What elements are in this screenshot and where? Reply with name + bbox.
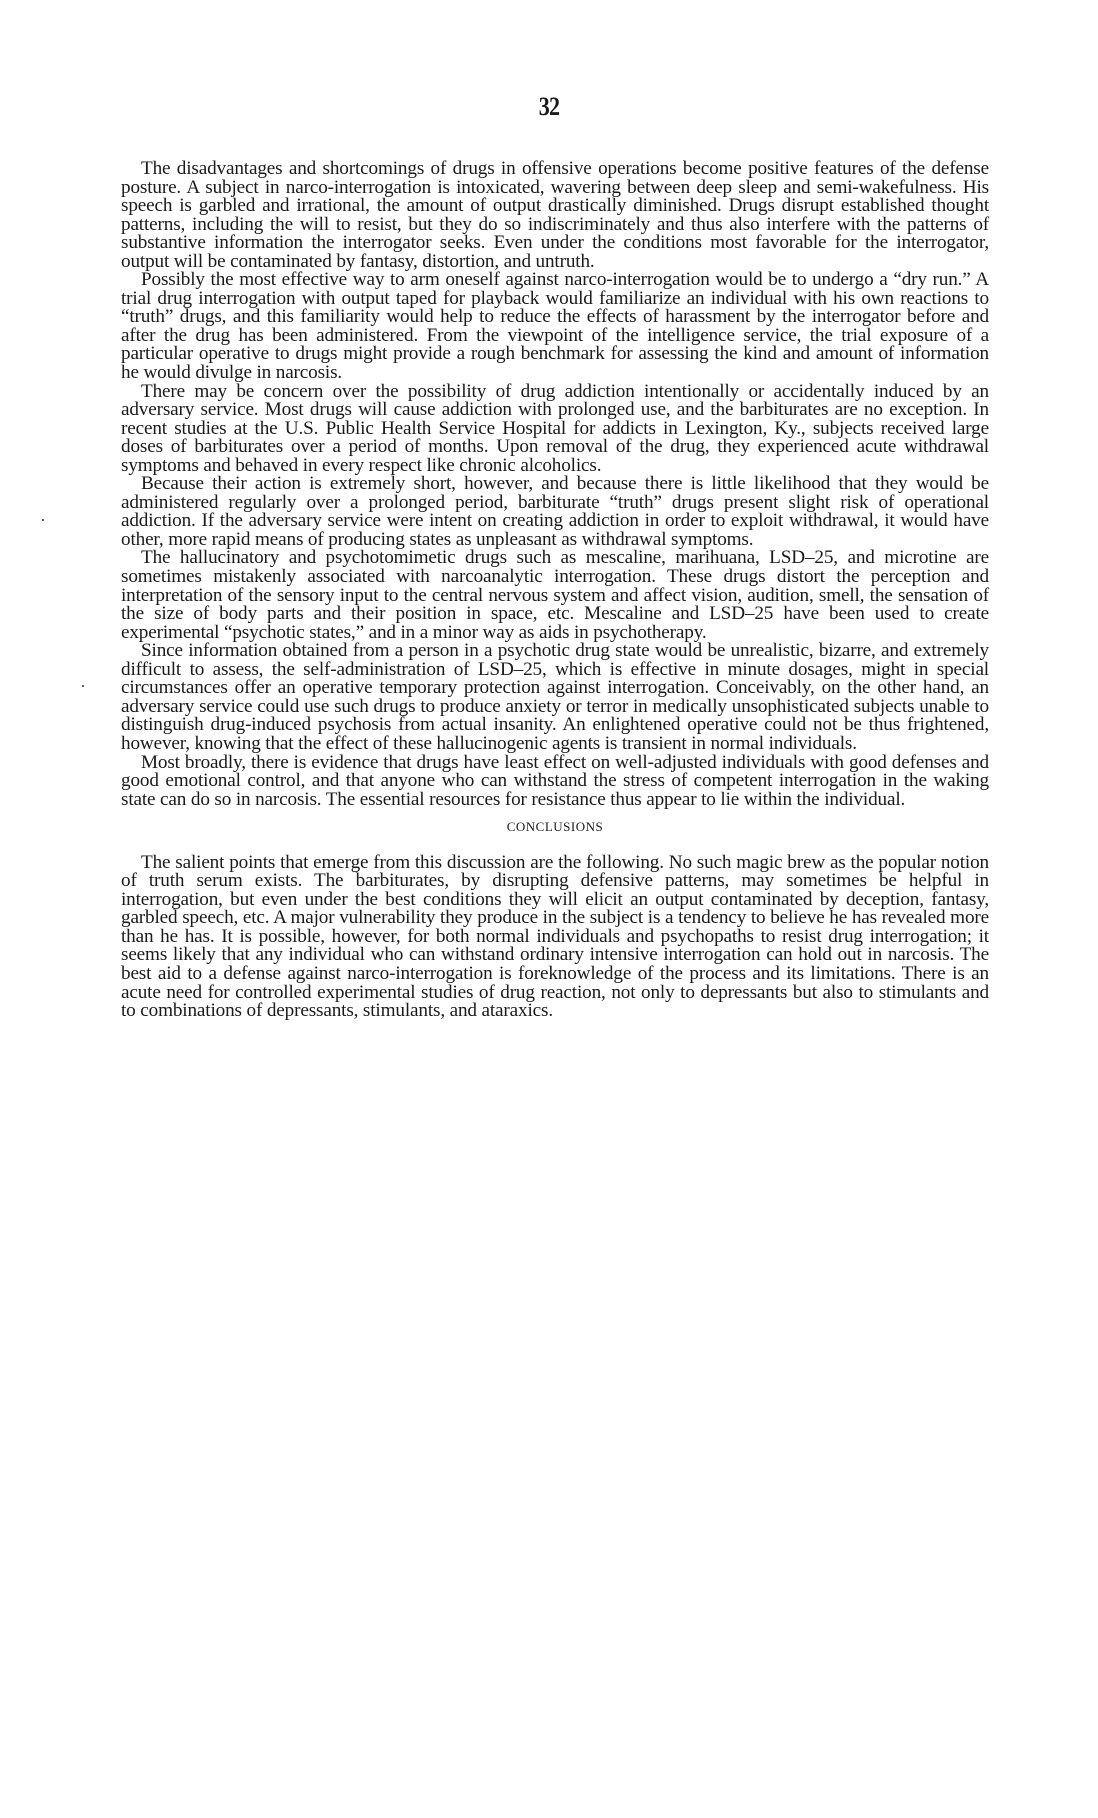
paragraph-barbiturate-risk: Because their action is extremely short,… (121, 475, 989, 549)
section-heading-conclusions: CONCLUSIONS (121, 818, 989, 837)
scan-speck (42, 519, 44, 521)
paragraph-addiction-concern: There may be concern over the possibilit… (121, 383, 989, 476)
paragraph-psychotic-state: Since information obtained from a person… (121, 642, 989, 753)
paragraph-dry-run: Possibly the most effective way to arm o… (121, 271, 989, 382)
body-text: The disadvantages and shortcomings of dr… (121, 160, 989, 1021)
paragraph-drug-disadvantages: The disadvantages and shortcomings of dr… (121, 160, 989, 271)
page-number: 32 (82, 92, 1015, 122)
paragraph-hallucinatory-drugs: The hallucinatory and psychotomimetic dr… (121, 549, 989, 642)
scan-speck (82, 685, 84, 687)
paragraph-conclusions: The salient points that emerge from this… (121, 854, 989, 1021)
paragraph-resistance-resources: Most broadly, there is evidence that dru… (121, 754, 989, 810)
